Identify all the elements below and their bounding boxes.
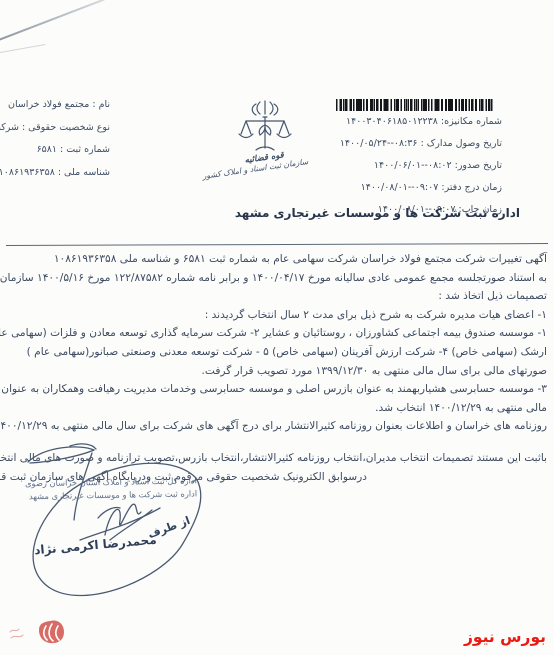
scanned-document: { "document": { "company": { "name": "نا… [0,0,554,655]
meta-label: تاریخ صدور: [455,160,502,171]
judiciary-emblem: قوه قضائیه سازمان ثبت اسناد و املاک کشور [222,98,308,173]
meta-value: ۱۴۰۰/۰۸/۰۱--۰۹:۰۷ [361,182,439,193]
document-page: نام : مجتمع فولاد خراسان نوع شخصیت حقوقی… [0,0,554,655]
body-line: ۱- اعضای هیات مدیره شرکت به شرح ذیل برای… [0,306,547,325]
scales-of-justice-icon [230,98,300,156]
meta-value: ۱۴۰۰/۰۶/۰۱--۰۸:۰۲ [374,160,452,171]
body-line: مالی منتهی به ۱۴۰۰/۱۲/۲۹ انتخاب شد. [0,399,547,418]
meta-issue-date: تاریخ صدور: ۱۴۰۰/۰۶/۰۱--۰۸:۰۲ [328,155,502,177]
body-line: آگهی تغییرات شرکت مجتمع فولاد خراسان شرک… [0,250,547,269]
barcode [336,99,493,111]
company-legal-type: نوع شخصیت حقوقی : شرکت سهامی عام [0,117,110,140]
meta-value: ۱۴۰۰/۰۵/۲۴--۰۸:۳۶ [340,138,418,149]
body-line: صورتهای مالی برای سال مالی منتهی به ۱۳۹۹… [0,362,547,381]
body-line: ارشک (سهامی خاص) ۴- شرکت ارزش آفرینان (س… [0,343,547,362]
meta-mechanized-number: شماره مکانیزه: ۱۴۰۰۳۰۴۰۶۱۸۵۰۱۲۲۳۸ [328,111,502,133]
page-fold-artifact [0,44,45,53]
page-fold-artifact [0,0,105,42]
meta-label: تاریخ وصول مدارک : [421,138,502,149]
signing-office-lines: اداره کل ثبت اسناد و املاک استان خراسان … [10,474,197,503]
divider-line [6,243,548,246]
body-line: روزنامه های خراسان و اطلاعات بعنوان روزن… [0,417,547,436]
meta-label: شماره مکانیزه: [441,116,502,127]
document-meta-block: شماره مکانیزه: ۱۴۰۰۳۰۴۰۶۱۸۵۰۱۲۲۳۸ تاریخ … [328,111,502,221]
meta-value: ۱۴۰۰۳۰۴۰۶۱۸۵۰۱۲۲۳۸ [346,116,438,127]
signature-block: اداره کل ثبت اسناد و املاک استان خراسان … [10,440,290,640]
company-name: نام : مجتمع فولاد خراسان [0,94,110,117]
company-registration-number: شماره ثبت : ۶۵۸۱ [0,139,110,162]
meta-docs-received-date: تاریخ وصول مدارک : ۱۴۰۰/۰۵/۲۴--۰۸:۳۶ [328,133,502,155]
meta-book-entry-time: زمان درج دفتر: ۱۴۰۰/۰۸/۰۱--۰۹:۰۷ [328,177,502,199]
body-line: ۳- موسسه حسابرسی هشیاربهمند به عنوان باز… [0,380,547,399]
body-line: ۱- موسسه صندوق بیمه اجتماعی کشاورزان ، ر… [0,324,547,343]
body-line: تصمیمات ذیل اتخاذ شد : [0,287,547,306]
issuing-office-title: اداره ثبت شرکت ها و موسسات غیرتجاری مشهد [235,206,520,220]
company-national-id: شناسه ملی : ۱۰۸۶۱۹۳۶۳۵۸ [0,162,110,185]
meta-label: زمان درج دفتر: [441,182,502,193]
bourse-news-watermark: بورس نیوز [464,628,546,646]
company-info-block: نام : مجتمع فولاد خراسان نوع شخصیت حقوقی… [0,94,110,184]
bourse-news-logo-icon [8,618,66,646]
body-line: به استناد صورتجلسه مجمع عمومی عادی سالیا… [0,269,547,288]
